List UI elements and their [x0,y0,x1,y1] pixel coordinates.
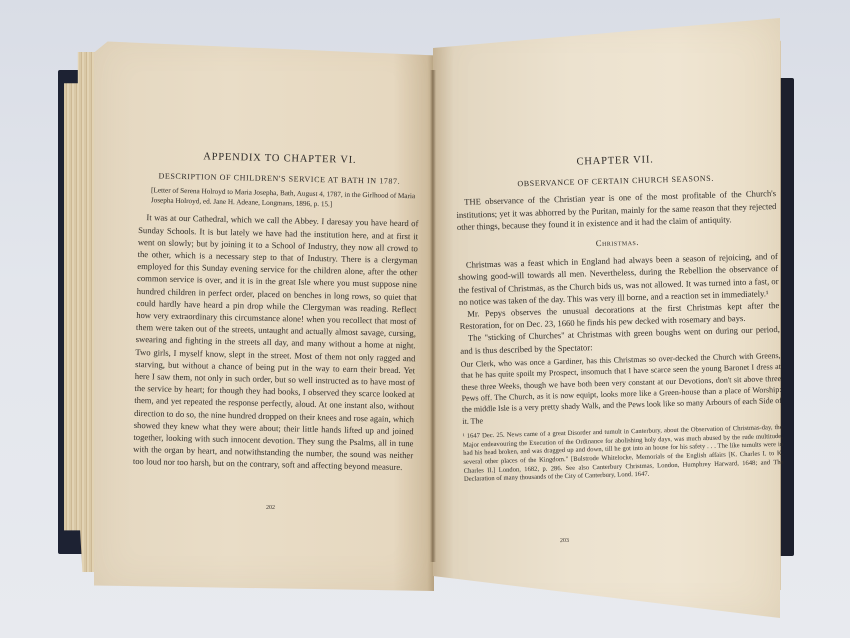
right-page-text: CHAPTER VII. OBSERVANCE OF CERTAIN CHURC… [455,151,784,485]
section-heading-christmas: Christmas. [457,232,777,253]
left-page-text: APPENDIX TO CHAPTER VI. DESCRIPTION OF C… [133,150,420,474]
footnote: ¹ 1647 Dec. 25. News came of a great Dis… [463,424,784,484]
page-number-right: 203 [560,538,569,544]
book-gutter [430,70,436,562]
page-number-left: 202 [266,505,275,511]
chapter-intro: THE observance of the Christian year is … [456,187,777,233]
letter-citation: [Letter of Serena Holroyd to Maria Josep… [139,186,419,211]
paragraph: Christmas was a feast which in England h… [458,250,779,308]
book-photo: APPENDIX TO CHAPTER VI. DESCRIPTION OF C… [0,0,850,638]
spectator-quote: Our Clerk, who was once a Gardiner, has … [461,350,783,427]
appendix-body: It was at our Cathedral, which we call t… [133,211,419,474]
appendix-subtitle: DESCRIPTION OF CHILDREN'S SERVICE AT BAT… [139,170,419,189]
